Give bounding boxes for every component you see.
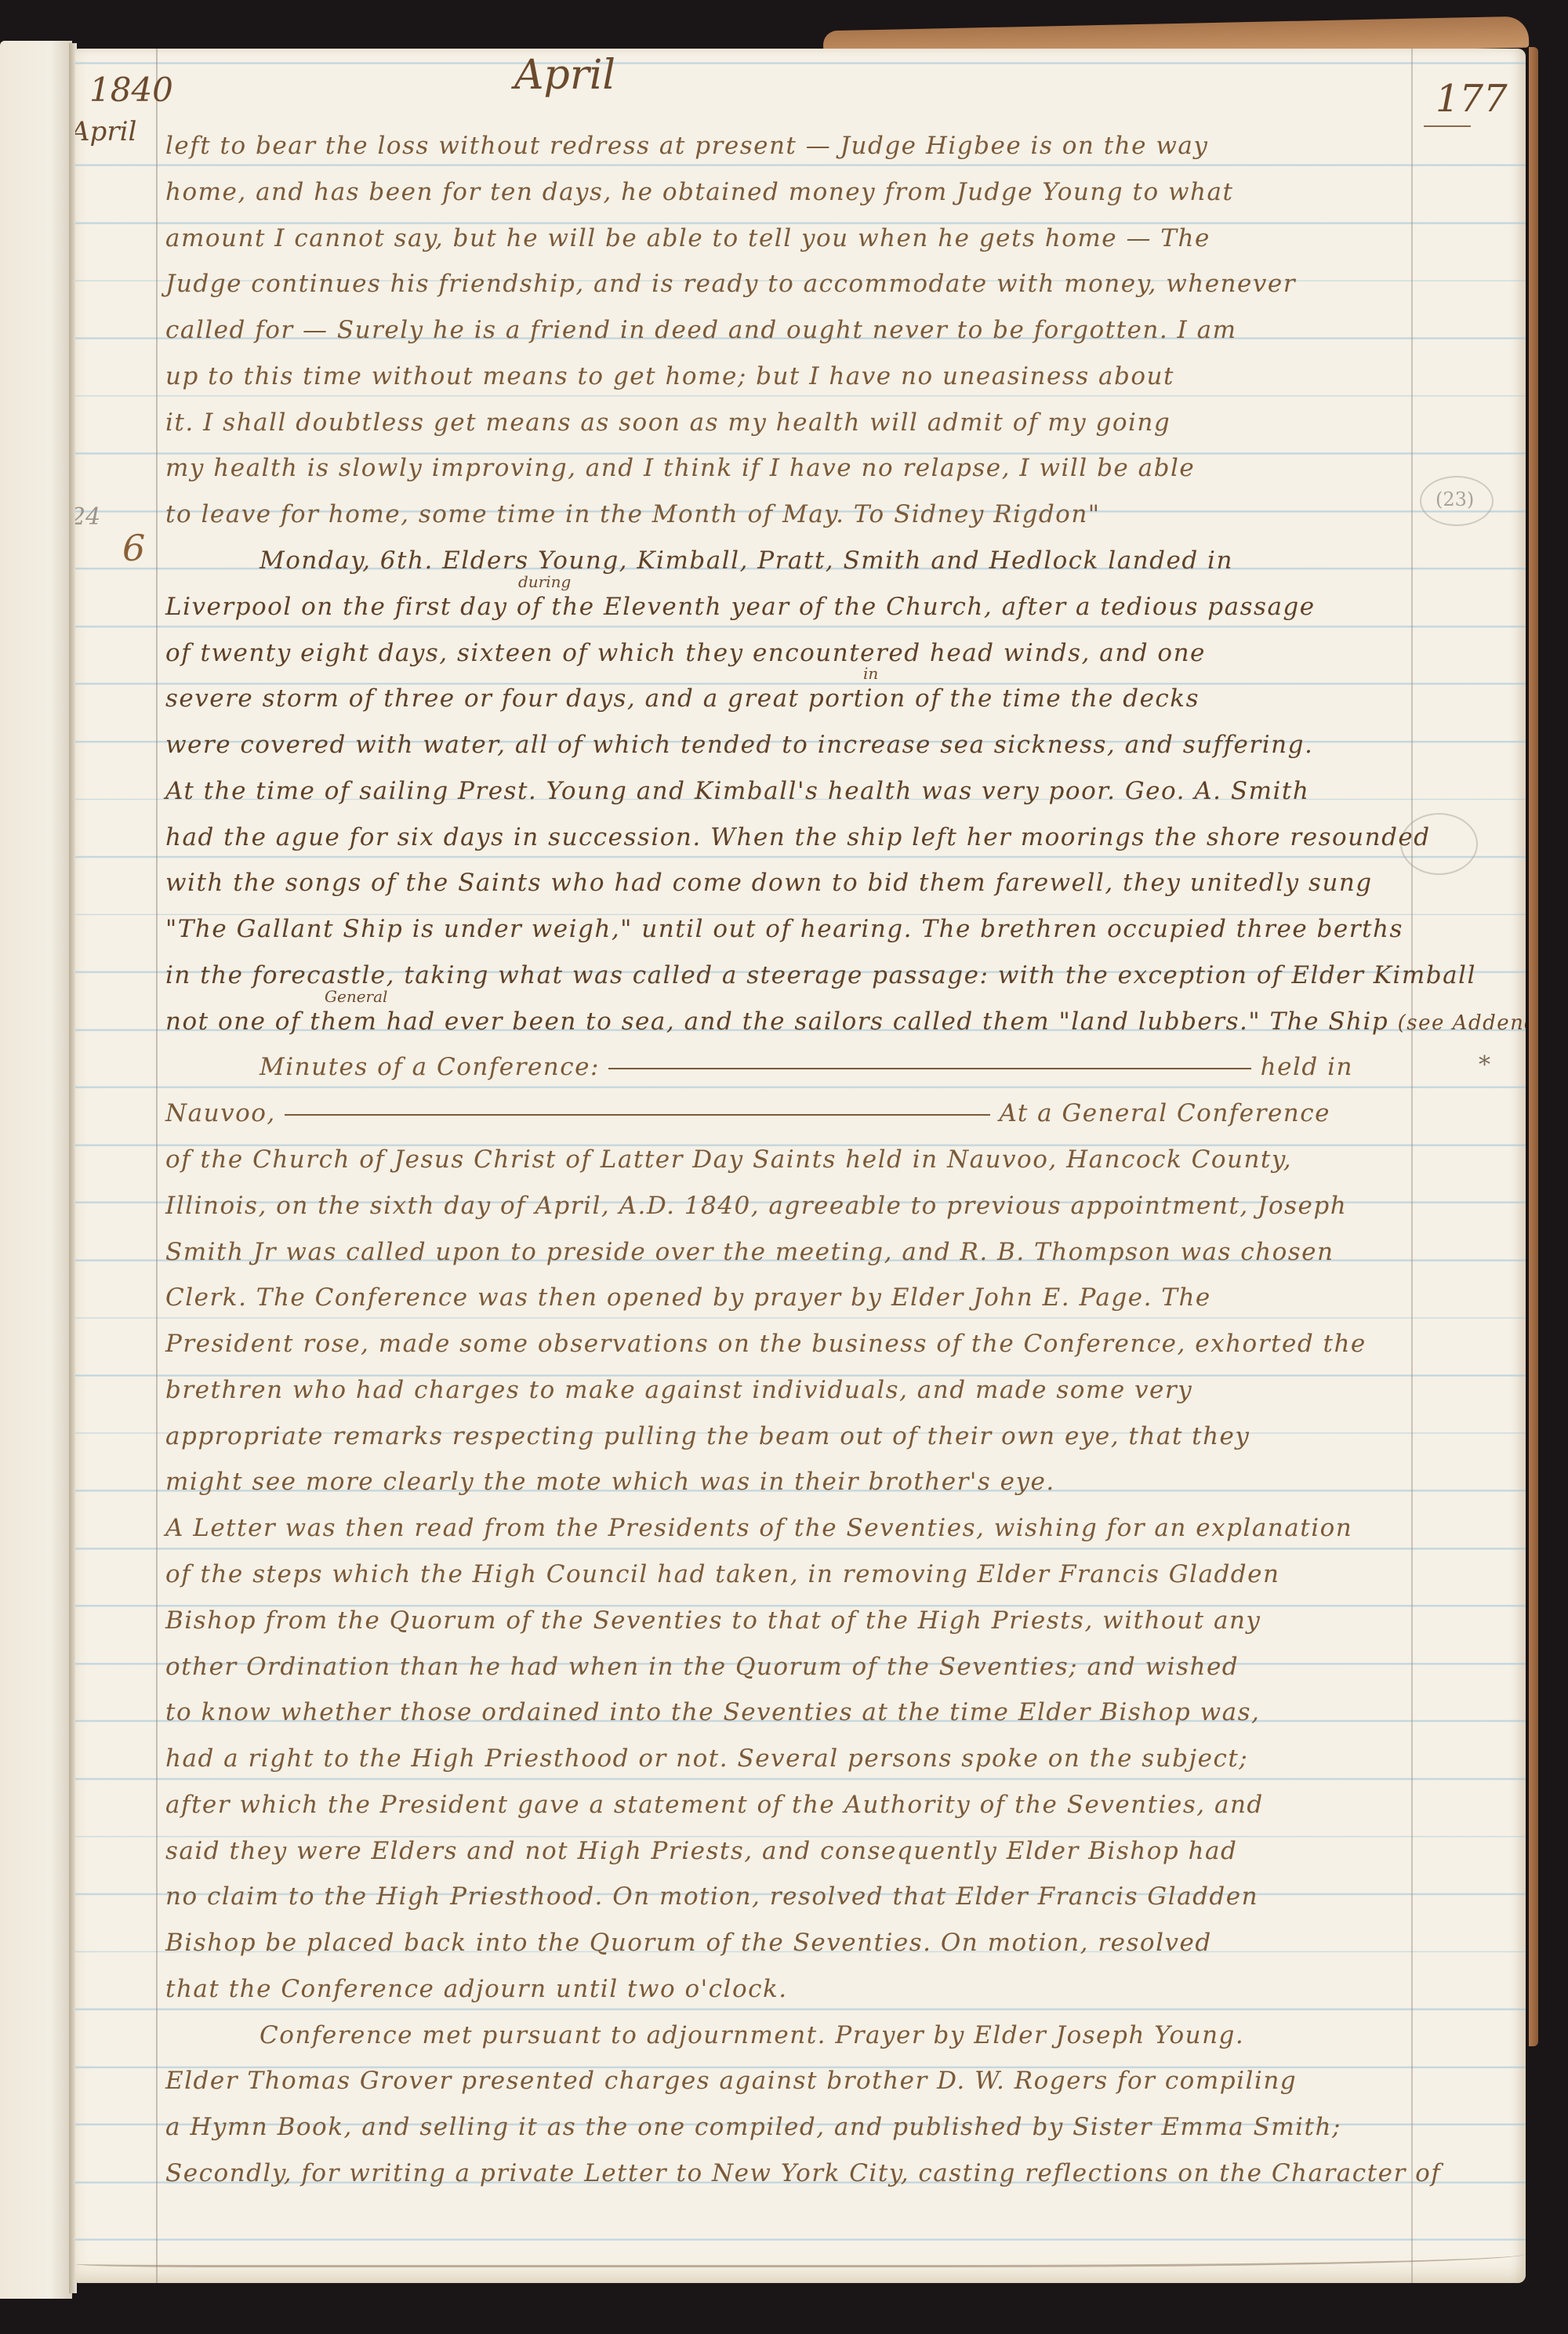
text-line: no claim to the High Priesthood. On moti…: [165, 1881, 1412, 1912]
text-line: that the Conference adjourn until two o'…: [165, 1973, 1412, 2005]
text-line: of twenty eight days, sixteen of which t…: [165, 637, 1412, 669]
text-line: Illinois, on the sixth day of April, A.D…: [165, 1190, 1412, 1221]
text-line: after which the President gave a stateme…: [165, 1789, 1412, 1820]
text-line: brethren who had charges to make against…: [165, 1374, 1412, 1406]
text-line: severe storm of three or four days, and …: [165, 683, 1412, 714]
text-line: with the songs of the Saints who had com…: [165, 867, 1412, 898]
text-line: Smith Jr was called upon to preside over…: [165, 1236, 1412, 1268]
text-line: were covered with water, all of which te…: [165, 729, 1412, 760]
page-number-underline: [1424, 125, 1471, 127]
pencil-circle-mark: (23): [1420, 476, 1494, 526]
water-stain: [75, 2234, 1526, 2267]
text-line: other Ordination than he had when in the…: [165, 1651, 1412, 1682]
text-line: might see more clearly the mote which wa…: [165, 1466, 1412, 1497]
text-line-entry-start: Monday, 6th. Elders Young, Kimball, Prat…: [165, 545, 1412, 576]
asterisk-mark: *: [1479, 1051, 1490, 1079]
text-line: of the Church of Jesus Christ of Latter …: [165, 1144, 1412, 1175]
text-line: of the steps which the High Council had …: [165, 1559, 1412, 1590]
text-line: Bishop from the Quorum of the Seventies …: [165, 1605, 1412, 1636]
held-in-text: held in: [1261, 1053, 1353, 1081]
text-line: At the time of sailing Prest. Young and …: [165, 775, 1412, 807]
page-month: April: [514, 52, 615, 99]
general-conference-text: At a General Conference: [999, 1099, 1330, 1127]
text-line: left to bear the loss without redress at…: [165, 130, 1412, 162]
text-line: had the ague for six days in succession.…: [165, 822, 1412, 853]
text-line: had a right to the High Priesthood or no…: [165, 1743, 1412, 1774]
text-line: in the forecastle, taking what was calle…: [165, 960, 1412, 991]
text-line: Judge continues his friendship, and is r…: [165, 268, 1412, 299]
text-line: to leave for home, some time in the Mont…: [165, 499, 1412, 530]
page-year: 1840: [89, 71, 173, 109]
left-margin-rule: [156, 49, 158, 2283]
facing-page-edge: [0, 41, 72, 2299]
text-line: up to this time without means to get hom…: [165, 361, 1412, 392]
text-line: to know whether those ordained into the …: [165, 1697, 1412, 1728]
minutes-heading-line: Minutes of a Conference: held in: [165, 1051, 1412, 1083]
text-line: it. I shall doubtless get means as soon …: [165, 407, 1412, 438]
minutes-heading: Minutes of a Conference:: [260, 1053, 608, 1081]
margin-pencil-number: 24: [75, 503, 100, 531]
margin-month-tag: April: [75, 116, 136, 147]
nauvoo-line: Nauvoo, At a General Conference: [165, 1098, 1412, 1129]
journal-page: 1840 April 177 April 24 6 (23) * left to…: [75, 49, 1526, 2283]
addenda-reference: (see Addenda 601: [1398, 1011, 1526, 1035]
page-number: 177: [1436, 77, 1508, 121]
nauvoo-text: Nauvoo,: [165, 1099, 285, 1127]
text-line: Bishop be placed back into the Quorum of…: [165, 1927, 1412, 1958]
text-line: Liverpool on the first day of the Eleven…: [165, 591, 1412, 623]
text-line: a Hymn Book, and selling it as the one c…: [165, 2111, 1412, 2143]
text-line: A Letter was then read from the Presiden…: [165, 1512, 1412, 1544]
text-line: Elder Thomas Grover presented charges ag…: [165, 2065, 1412, 2096]
text-line: amount I cannot say, but he will be able…: [165, 223, 1412, 254]
insertion-during: during: [518, 572, 571, 591]
margin-day-number: 6: [122, 527, 145, 569]
blank-rule: [608, 1068, 1251, 1069]
pencil-circled-number: (23): [1436, 488, 1474, 510]
text-line-content: not one of them had ever been to sea, an…: [165, 1007, 1388, 1036]
text-line: Conference met pursuant to adjournment. …: [165, 2020, 1412, 2051]
text-line: called for — Surely he is a friend in de…: [165, 314, 1412, 346]
insertion-general: General: [325, 987, 387, 1006]
text-line: my health is slowly improving, and I thi…: [165, 452, 1412, 484]
text-line: Clerk. The Conference was then opened by…: [165, 1282, 1412, 1313]
insertion-in: in: [863, 664, 878, 683]
text-line: Secondly, for writing a private Letter t…: [165, 2158, 1412, 2189]
text-line: not one of them had ever been to sea, an…: [165, 1006, 1412, 1039]
book-cover-side: [1529, 47, 1538, 2046]
text-line: "The Gallant Ship is under weigh," until…: [165, 913, 1412, 945]
text-line: appropriate remarks respecting pulling t…: [165, 1421, 1412, 1452]
blank-rule: [285, 1114, 990, 1116]
text-line: home, and has been for ten days, he obta…: [165, 176, 1412, 208]
text-line: President rose, made some observations o…: [165, 1328, 1412, 1359]
text-line: said they were Elders and not High Pries…: [165, 1835, 1412, 1867]
